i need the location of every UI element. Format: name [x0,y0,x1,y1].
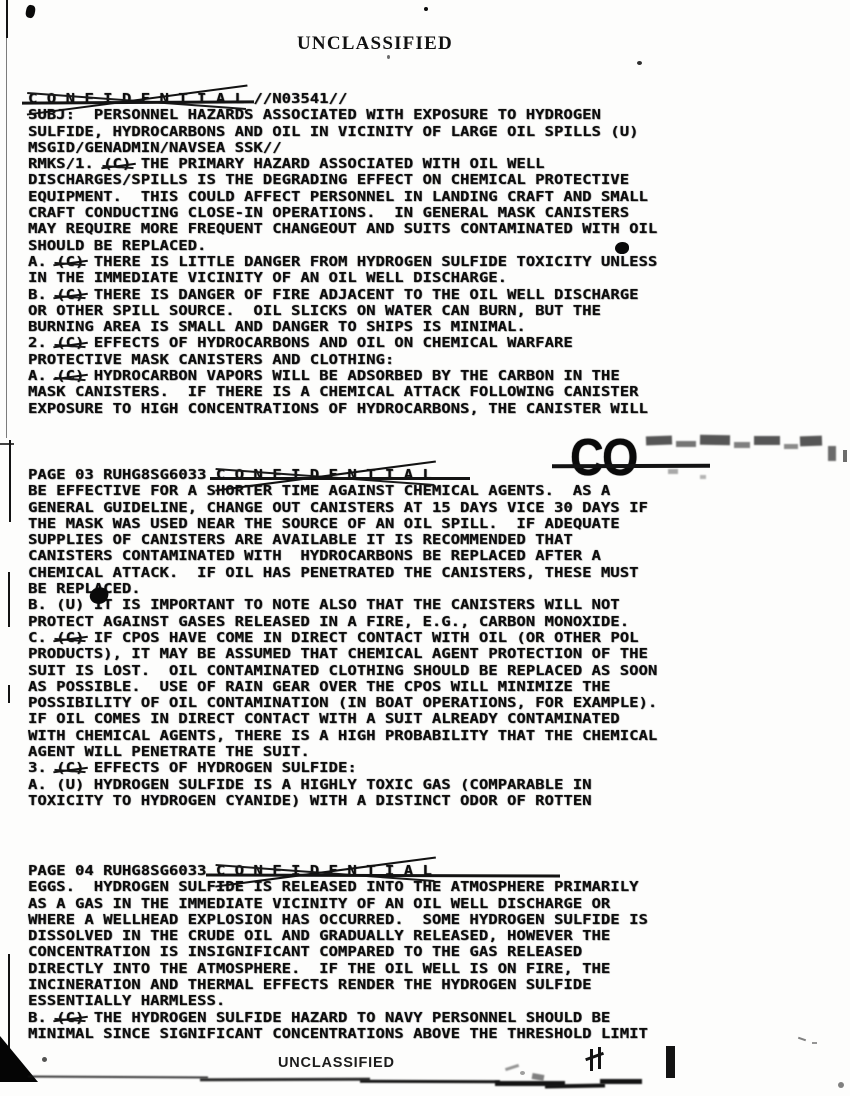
stamp-smudge [784,444,798,449]
pencil-mark [505,1064,519,1071]
text-segment: BE EFFECTIVE FOR A SHORTER TIME AGAINST … [28,484,610,499]
text-segment: IF OIL COMES IN DIRECT CONTACT WITH A SU… [28,712,620,727]
text-line: ESSENTIALLY HARMLESS. [28,994,707,1010]
confidential-stamp-partial: CO [570,432,637,484]
text-segment: EGGS. HYDROGEN SULFIDE IS RELEASED INTO … [28,880,638,895]
message-text-page-2: C O N F I D E N T I A L //N03541//SUBJ: … [28,92,707,418]
scan-edge-tick [0,443,14,445]
text-segment: A. [28,255,56,270]
text-line: MASK CANISTERS. IF THERE IS A CHEMICAL A… [28,385,707,401]
stamp-smudge [668,469,678,474]
pencil-mark [838,1082,844,1088]
stamp-smudge [734,442,750,448]
bottom-smudge-line [360,1080,500,1083]
text-segment: CONCENTRATION IS INSIGNIFICANT COMPARED … [28,945,582,960]
text-line: MINIMAL SINCE SIGNIFICANT CONCENTRATIONS… [28,1027,707,1043]
text-segment: B. [28,288,56,303]
text-line: CRAFT CONDUCTING CLOSE-IN OPERATIONS. IN… [28,206,707,222]
text-line: AS A GAS IN THE IMMEDIATE VICINITY OF AN… [28,897,707,913]
text-line: POSSIBILITY OF OIL CONTAMINATION (IN BOA… [28,696,707,712]
scanned-document-page: UNCLASSIFIED UNCLASSIFIED C O N F I D E … [0,0,850,1096]
text-line: AGENT WILL PENETRATE THE SUIT. [28,745,707,761]
text-line: PROTECTIVE MASK CANISTERS AND CLOTHING: [28,353,707,369]
text-line: C. (C) IF CPOS HAVE COME IN DIRECT CONTA… [28,631,707,647]
text-segment: MSGID/GENADMIN/NAVSEA SSK// [28,141,282,156]
text-segment: ESSENTIALLY HARMLESS. [28,994,225,1009]
pencil-mark [520,1071,525,1075]
struck-classification-marker: (C) [56,631,84,647]
bottom-smudge-line [600,1079,642,1084]
struck-classification-marker: (C) [103,157,131,173]
pencil-mark [798,1037,806,1042]
text-segment: C. [28,631,56,646]
scan-edge-line [6,0,8,38]
hash-mark [598,1047,601,1069]
hash-mark [585,1052,604,1061]
text-segment: SHOULD BE REPLACED. [28,239,206,254]
stamp-smudge [676,441,696,447]
text-line: EGGS. HYDROGEN SULFIDE IS RELEASED INTO … [28,880,707,896]
text-segment: GENERAL GUIDELINE, CHANGE OUT CANISTERS … [28,501,648,516]
text-segment: WITH CHEMICAL AGENTS, THERE IS A HIGH PR… [28,729,657,744]
ink-speck [843,450,847,462]
text-line: A. (U) HYDROGEN SULFIDE IS A HIGHLY TOXI… [28,778,707,794]
text-segment: THE PRIMARY HAZARD ASSOCIATED WITH OIL W… [131,157,544,172]
text-line: CANISTERS CONTAMINATED WITH HYDROCARBONS… [28,549,707,565]
text-line: RMKS/1. (C) THE PRIMARY HAZARD ASSOCIATE… [28,157,707,173]
hash-mark [590,1049,593,1071]
text-segment: DISSOLVED IN THE CRUDE OIL AND GRADUALLY… [28,929,610,944]
text-line: SULFIDE, HYDROCARBONS AND OIL IN VICINIT… [28,125,707,141]
bottom-smudge-line [28,1076,208,1079]
text-segment: PROTECT AGAINST GASES RELEASED IN A FIRE… [28,615,629,630]
text-line: INCINERATION AND THERMAL EFFECTS RENDER … [28,978,707,994]
stamp-smudge [828,446,836,461]
text-segment: PRODUCTS), IT MAY BE ASSUMED THAT CHEMIC… [28,647,648,662]
text-segment: HYDROCARBON VAPORS WILL BE ADSORBED BY T… [84,369,619,384]
ink-speck [42,1057,47,1062]
struck-classification-marker: (C) [56,761,84,777]
text-line: B. (C) THERE IS DANGER OF FIRE ADJACENT … [28,288,707,304]
message-text-page-4: PAGE 04 RUHG8SG6033 C O N F I D E N T I … [28,864,707,1043]
text-segment: OR OTHER SPILL SOURCE. OIL SLICKS ON WAT… [28,304,601,319]
text-segment: SUIT IS LOST. OIL CONTAMINATED CLOTHING … [28,664,657,679]
thick-bar-mark [666,1046,675,1078]
text-segment: DIRECTLY INTO THE ATMOSPHERE. IF THE OIL… [28,962,610,977]
text-line: BE REPLACED. [28,582,707,598]
text-segment: THERE IS DANGER OF FIRE ADJACENT TO THE … [84,288,638,303]
struck-classification-marker: C O N F I D E N T I A L [216,864,432,880]
text-segment: AS POSSIBLE. USE OF RAIN GEAR OVER THE C… [28,680,610,695]
text-line: AS POSSIBLE. USE OF RAIN GEAR OVER THE C… [28,680,707,696]
text-segment: IF CPOS HAVE COME IN DIRECT CONTACT WITH… [84,631,638,646]
scan-edge-line [8,954,10,1048]
text-segment: TOXICITY TO HYDROGEN CYANIDE) WITH A DIS… [28,794,592,809]
text-segment: AS A GAS IN THE IMMEDIATE VICINITY OF AN… [28,897,610,912]
text-line: EQUIPMENT. THIS COULD AFFECT PERSONNEL I… [28,190,707,206]
text-line: CONCENTRATION IS INSIGNIFICANT COMPARED … [28,945,707,961]
pencil-mark [812,1042,817,1044]
text-line: SUIT IS LOST. OIL CONTAMINATED CLOTHING … [28,664,707,680]
text-segment: SULFIDE, HYDROCARBONS AND OIL IN VICINIT… [28,125,638,140]
text-segment: 3. [28,761,56,776]
ink-speck [424,7,428,11]
text-segment: INCINERATION AND THERMAL EFFECTS RENDER … [28,978,592,993]
text-line: MAY REQUIRE MORE FREQUENT CHANGEOUT AND … [28,222,707,238]
text-line: WITH CHEMICAL AGENTS, THERE IS A HIGH PR… [28,729,707,745]
text-segment: MINIMAL SINCE SIGNIFICANT CONCENTRATIONS… [28,1027,648,1042]
text-segment: A. (U) HYDROGEN SULFIDE IS A HIGHLY TOXI… [28,778,592,793]
text-segment: B. [28,1011,56,1026]
text-segment: POSSIBILITY OF OIL CONTAMINATION (IN BOA… [28,696,657,711]
scan-edge-line [9,440,11,522]
text-segment: SUBJ: PERSONNEL HAZARDS ASSOCIATED WITH … [28,108,601,123]
text-segment: CANISTERS CONTAMINATED WITH HYDROCARBONS… [28,549,601,564]
text-segment: CRAFT CONDUCTING CLOSE-IN OPERATIONS. IN… [28,206,629,221]
text-line: 3. (C) EFFECTS OF HYDROGEN SULFIDE: [28,761,707,777]
text-line: A. (C) THERE IS LITTLE DANGER FROM HYDRO… [28,255,707,271]
scan-edge-line [6,38,7,438]
struck-classification-marker: (C) [56,369,84,385]
text-segment: B. (U) IT IS IMPORTANT TO NOTE ALSO THAT… [28,598,620,613]
text-segment: EXPOSURE TO HIGH CONCENTRATIONS OF HYDRO… [28,402,648,417]
struck-classification-marker: (C) [56,255,84,271]
text-line: SUBJ: PERSONNEL HAZARDS ASSOCIATED WITH … [28,108,707,124]
text-segment: A. [28,369,56,384]
strikethrough-line-confidential-3 [206,873,560,877]
struck-classification-marker: (C) [56,1011,84,1027]
text-line: THE MASK WAS USED NEAR THE SOURCE OF AN … [28,517,707,533]
scan-edge-line [8,572,10,627]
stamp-smudge [700,435,730,446]
text-line: BURNING AREA IS SMALL AND DANGER TO SHIP… [28,320,707,336]
stamp-smudge [754,436,780,445]
text-line: A. (C) HYDROCARBON VAPORS WILL BE ADSORB… [28,369,707,385]
text-line: DIRECTLY INTO THE ATMOSPHERE. IF THE OIL… [28,962,707,978]
strikethrough-line-stamp [552,464,710,469]
struck-classification-marker: (C) [56,288,84,304]
text-segment: DISCHARGES/SPILLS IS THE DEGRADING EFFEC… [28,173,629,188]
text-segment: AGENT WILL PENETRATE THE SUIT. [28,745,310,760]
text-line: DISCHARGES/SPILLS IS THE DEGRADING EFFEC… [28,173,707,189]
text-segment: 2. [28,336,56,351]
text-line: SHOULD BE REPLACED. [28,239,707,255]
text-segment: THE MASK WAS USED NEAR THE SOURCE OF AN … [28,517,620,532]
text-segment: SUPPLIES OF CANISTERS ARE AVAILABLE IT I… [28,533,573,548]
text-line: 2. (C) EFFECTS OF HYDROCARBONS AND OIL O… [28,336,707,352]
text-segment: THERE IS LITTLE DANGER FROM HYDROGEN SUL… [84,255,657,270]
text-segment: PROTECTIVE MASK CANISTERS AND CLOTHING: [28,353,394,368]
stamp-smudge [800,436,822,447]
text-line: SUPPLIES OF CANISTERS ARE AVAILABLE IT I… [28,533,707,549]
message-text-page-3: PAGE 03 RUHG8SG6033 C O N F I D E N T I … [28,468,707,810]
text-segment: EFFECTS OF HYDROCARBONS AND OIL ON CHEMI… [84,336,572,351]
strikethrough-line-confidential-1 [22,100,254,104]
text-segment: EFFECTS OF HYDROGEN SULFIDE: [84,761,356,776]
text-segment: CHEMICAL ATTACK. IF OIL HAS PENETRATED T… [28,566,638,581]
ink-speck [637,61,642,65]
text-segment: WHERE A WELLHEAD EXPLOSION HAS OCCURRED.… [28,913,648,928]
strikethrough-line-confidential-2 [210,477,470,480]
text-segment: THE HYDROGEN SULFIDE HAZARD TO NAVY PERS… [84,1011,610,1026]
stamp-smudge [700,475,706,479]
text-line: CHEMICAL ATTACK. IF OIL HAS PENETRATED T… [28,566,707,582]
bottom-smudge-line [545,1083,605,1088]
text-segment: BE REPLACED. [28,582,141,597]
stamp-smudge [646,436,672,446]
text-line: IF OIL COMES IN DIRECT CONTACT WITH A SU… [28,712,707,728]
text-segment: MASK CANISTERS. IF THERE IS A CHEMICAL A… [28,385,638,400]
text-line: WHERE A WELLHEAD EXPLOSION HAS OCCURRED.… [28,913,707,929]
scan-edge-line [8,685,10,703]
pencil-mark [532,1073,545,1081]
text-line: B. (C) THE HYDROGEN SULFIDE HAZARD TO NA… [28,1011,707,1027]
text-line: PAGE 04 RUHG8SG6033 C O N F I D E N T I … [28,864,707,880]
text-line: B. (U) IT IS IMPORTANT TO NOTE ALSO THAT… [28,598,707,614]
text-segment: MAY REQUIRE MORE FREQUENT CHANGEOUT AND … [28,222,657,237]
text-segment: BURNING AREA IS SMALL AND DANGER TO SHIP… [28,320,526,335]
bottom-classification-banner: UNCLASSIFIED [278,1055,395,1071]
text-segment: PAGE 03 RUHG8SG6033 [28,468,216,483]
text-line: PROTECT AGAINST GASES RELEASED IN A FIRE… [28,615,707,631]
text-line: TOXICITY TO HYDROGEN CYANIDE) WITH A DIS… [28,794,707,810]
text-line: MSGID/GENADMIN/NAVSEA SSK// [28,141,707,157]
text-segment: PAGE 04 RUHG8SG6033 [28,864,216,879]
text-line: GENERAL GUIDELINE, CHANGE OUT CANISTERS … [28,501,707,517]
text-line: IN THE IMMEDIATE VICINITY OF AN OIL WELL… [28,271,707,287]
ink-speck [387,55,390,59]
bottom-smudge-line [200,1078,370,1081]
ink-blot [25,4,37,19]
ink-blot [615,242,629,254]
text-segment: IN THE IMMEDIATE VICINITY OF AN OIL WELL… [28,271,507,286]
top-classification-banner: UNCLASSIFIED [297,34,453,54]
text-segment: //N03541// [244,92,347,107]
text-line: OR OTHER SPILL SOURCE. OIL SLICKS ON WAT… [28,304,707,320]
text-line: PRODUCTS), IT MAY BE ASSUMED THAT CHEMIC… [28,647,707,663]
struck-classification-marker: (C) [56,336,84,352]
text-segment: RMKS/1. [28,157,103,172]
text-line: EXPOSURE TO HIGH CONCENTRATIONS OF HYDRO… [28,402,707,418]
text-line: DISSOLVED IN THE CRUDE OIL AND GRADUALLY… [28,929,707,945]
text-segment: EQUIPMENT. THIS COULD AFFECT PERSONNEL I… [28,190,648,205]
